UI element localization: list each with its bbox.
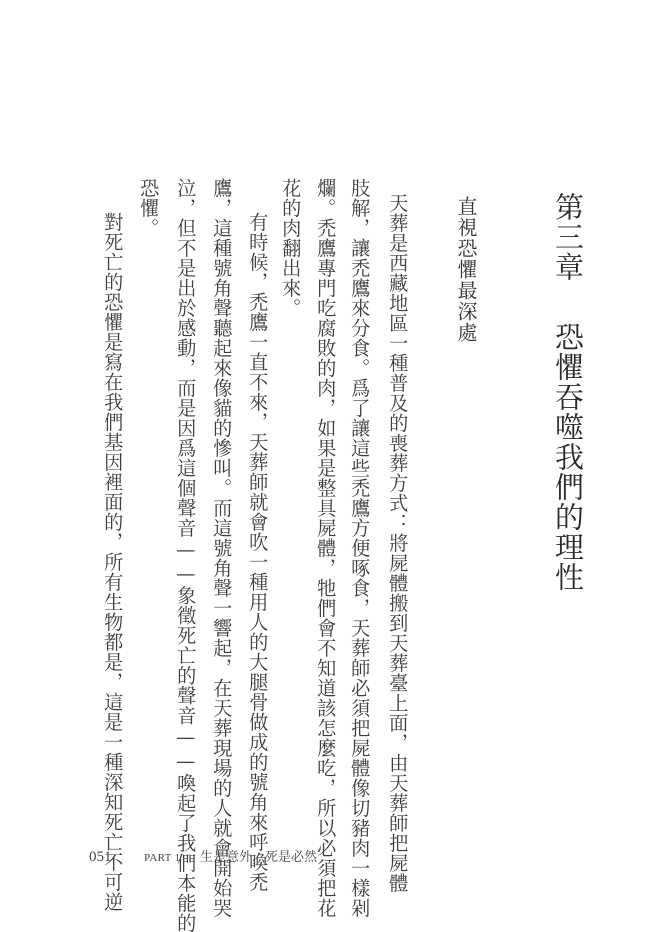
section-heading: 直視恐懼最深處 — [456, 196, 476, 343]
body-column-3: 爛。禿鷹專門吃腐敗的肉，如果是整具屍體，牠們會不知道該怎麼吃，所以必須把花 — [316, 178, 335, 918]
running-head: 生是意外，死是必然 — [200, 846, 317, 865]
body-column-8: 恐懼。 — [139, 178, 158, 238]
part-label: PART 1 — [144, 852, 200, 864]
page-number: 051 — [89, 849, 144, 866]
body-column-4: 花的肉翻出來。 — [281, 178, 300, 318]
body-column-9: 對死亡的恐懼是寫在我們基因裡面的，所有生物都是，這是一種深知死亡不可逆 — [103, 212, 122, 912]
body-column-5: 有時候，禿鷹一直不來，天葬師就會吹一種用人的大腿骨做成的號角來呼喚禿 — [248, 212, 267, 892]
body-column-6: 鷹，這種號角聲聽起來像貓的慘叫。而這號角聲一響起，在天葬現場的人就會開始哭 — [212, 178, 231, 918]
body-column-2: 肢解，讓禿鷹來分食。爲了讓這些禿鷹方便啄食，天葬師必須把屍體像切豬肉一樣剁 — [350, 178, 369, 918]
body-column-1: 天葬是西藏地區一種普及的喪葬方式：將屍體搬到天葬臺上面，由天葬師把屍體 — [388, 193, 407, 893]
body-column-7: 泣，但不是出於感動，而是因爲這個聲音——象徵死亡的聲音——喚起了我們本能的 — [176, 178, 195, 932]
chapter-title-text: 恐懼吞噬我們的理性 — [551, 322, 585, 592]
chapter-number: 第三章 — [551, 192, 585, 282]
page-footer: 051 PART 1 生是意外，死是必然 — [89, 846, 317, 866]
chapter-title: 第三章恐懼吞噬我們的理性 — [553, 192, 582, 592]
